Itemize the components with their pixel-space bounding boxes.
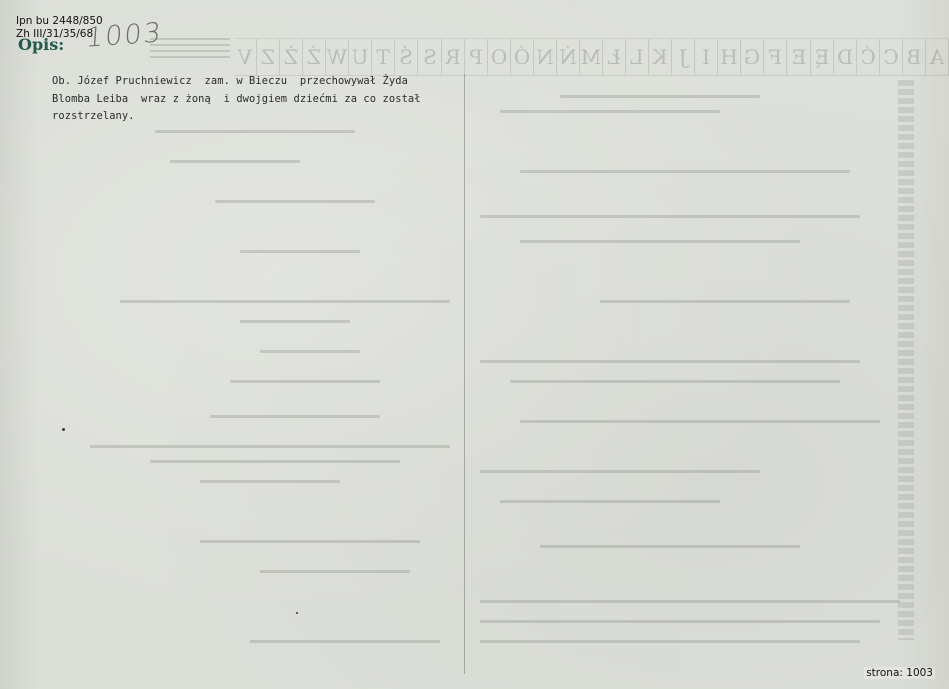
show-through-line — [200, 480, 340, 483]
show-through-line — [210, 415, 380, 418]
description-line: rozstrzelany. — [52, 108, 462, 126]
alphabet-cell: B — [903, 39, 926, 75]
alphabet-cell: W — [326, 39, 349, 75]
show-through-line — [480, 470, 760, 473]
description-label: Opis: — [18, 35, 64, 54]
show-through-line — [520, 170, 850, 173]
page-number: strona: 1003 — [864, 667, 935, 679]
alphabet-cell: Ć — [857, 39, 880, 75]
alphabet-cell: D — [834, 39, 857, 75]
show-through-line — [90, 445, 450, 448]
alphabet-cell: P — [465, 39, 488, 75]
alphabet-cell: I — [695, 39, 718, 75]
alphabet-cell: Ł — [603, 39, 626, 75]
show-through-line — [230, 380, 380, 383]
alphabet-cell: M — [580, 39, 603, 75]
alphabet-cell: Ś — [395, 39, 418, 75]
alphabet-cell: U — [349, 39, 372, 75]
alphabet-cell: A — [926, 39, 949, 75]
show-through-line — [500, 110, 720, 113]
alphabet-cell: L — [626, 39, 649, 75]
alphabet-cell: Ń — [557, 39, 580, 75]
alphabet-cell: R — [442, 39, 465, 75]
alphabet-cell: T — [372, 39, 395, 75]
alphabet-index-strip: VZŻŹWUTŚSRPOÓNŃMŁLKJIHGFEĘDĆCBA — [234, 38, 949, 76]
handwritten-page-number: 1003 — [85, 17, 164, 54]
show-through-line — [480, 620, 880, 623]
description-text: Ob. Józef Pruchniewicz zam. w Bieczu prz… — [52, 73, 462, 126]
alphabet-cell: Ó — [511, 39, 534, 75]
show-through-line — [560, 95, 760, 98]
ink-speck — [296, 612, 298, 614]
show-through-line — [150, 460, 400, 463]
show-through-line — [155, 130, 355, 133]
vertical-printed-margin-text — [898, 80, 914, 640]
show-through-line — [600, 300, 850, 303]
show-through-line — [260, 350, 360, 353]
show-through-line — [480, 215, 860, 218]
alphabet-cell: H — [718, 39, 741, 75]
alphabet-cell: Ę — [811, 39, 834, 75]
show-through-line — [240, 320, 350, 323]
alphabet-cell: E — [788, 39, 811, 75]
show-through-line — [540, 545, 800, 548]
show-through-line — [520, 240, 800, 243]
show-through-line — [250, 640, 440, 643]
show-through-line — [215, 200, 375, 203]
show-through-line — [240, 250, 360, 253]
show-through-line — [520, 420, 880, 423]
show-through-line — [480, 600, 900, 603]
alphabet-cell: G — [741, 39, 764, 75]
alphabet-cell: Z — [257, 39, 280, 75]
show-through-line — [200, 540, 420, 543]
show-through-line — [510, 380, 840, 383]
description-line: Ob. Józef Pruchniewicz zam. w Bieczu prz… — [52, 73, 462, 91]
alphabet-cell: S — [419, 39, 442, 75]
description-line: Blomba Leiba wraz z żoną i dwojgiem dzie… — [52, 91, 462, 109]
alphabet-cell: O — [488, 39, 511, 75]
show-through-line — [260, 570, 410, 573]
alphabet-cell: C — [880, 39, 903, 75]
alphabet-cell: K — [649, 39, 672, 75]
alphabet-cell: J — [672, 39, 695, 75]
column-divider — [464, 74, 465, 674]
show-through-line — [480, 640, 860, 643]
show-through-line — [480, 360, 860, 363]
alphabet-cell: Ź — [303, 39, 326, 75]
show-through-line — [500, 500, 720, 503]
ink-speck — [62, 428, 65, 431]
alphabet-cell: Ż — [280, 39, 303, 75]
alphabet-cell: F — [764, 39, 787, 75]
show-through-line — [120, 300, 450, 303]
alphabet-cell: V — [234, 39, 257, 75]
show-through-line — [170, 160, 300, 163]
alphabet-cell: N — [534, 39, 557, 75]
